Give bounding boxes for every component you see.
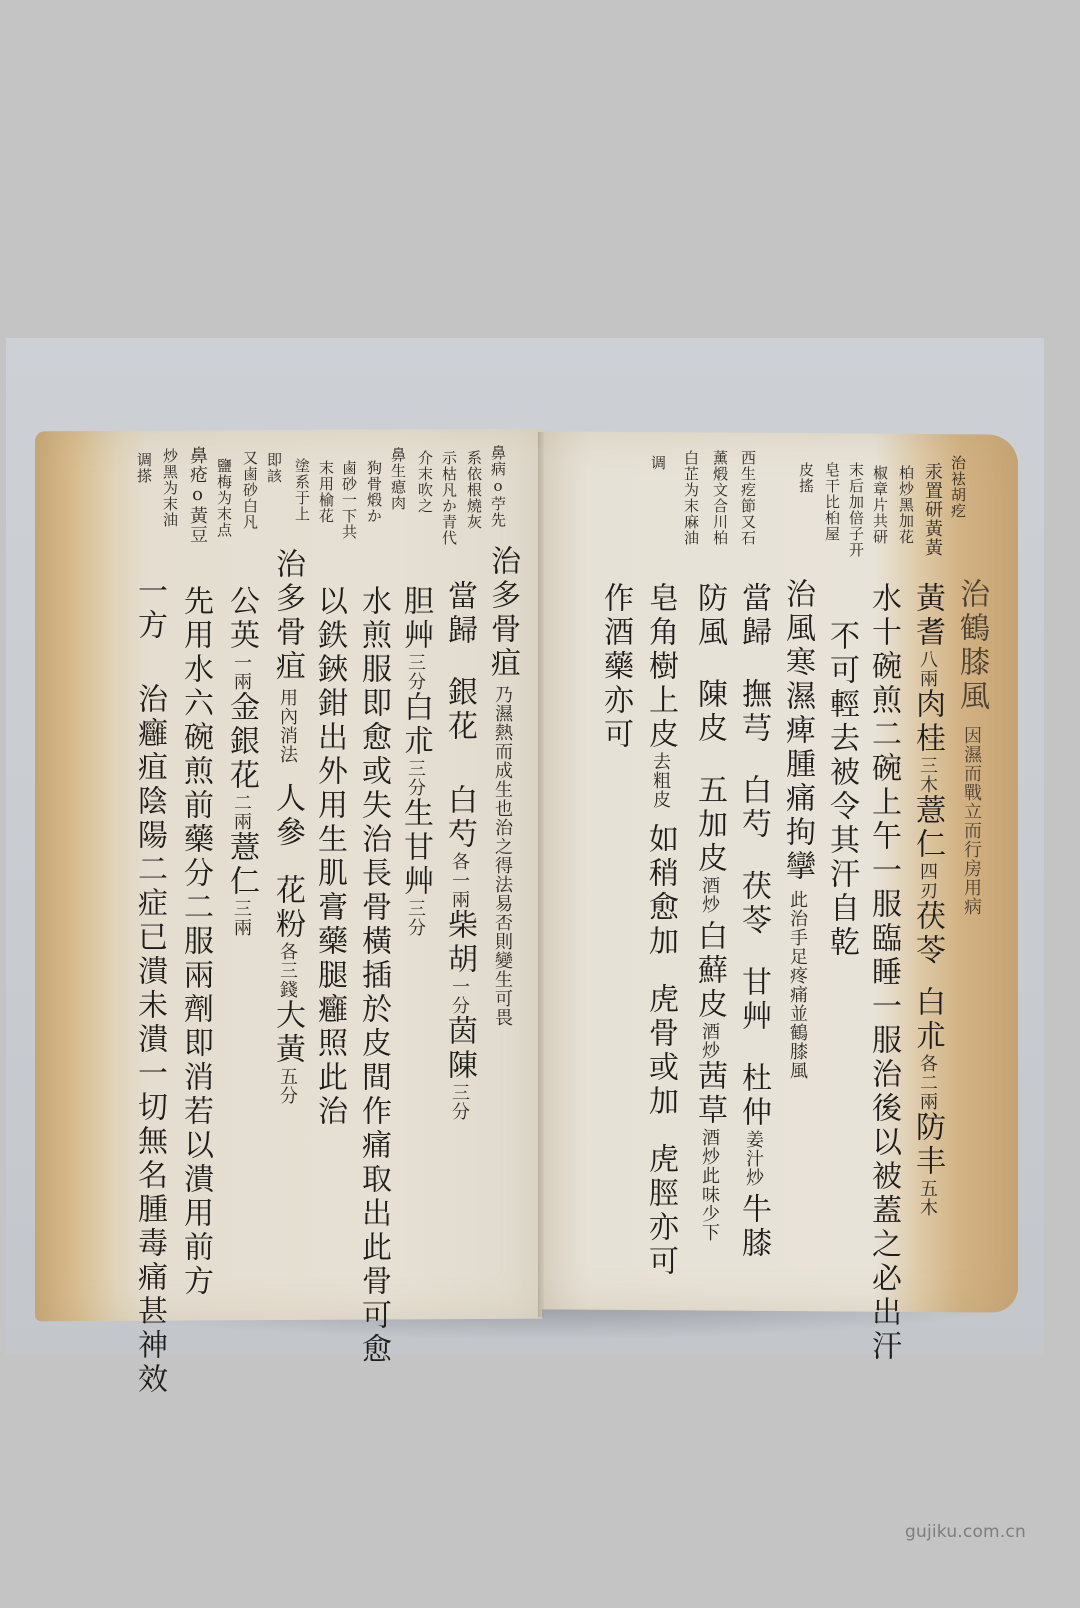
heading-note: 用內消法 bbox=[277, 688, 298, 764]
heading: 治多骨疽 bbox=[270, 548, 305, 684]
text-column: 以鉄鋏鉗出外用生肌膏藥腿癰照此治 bbox=[314, 585, 344, 1129]
dose: 三分 bbox=[405, 759, 426, 797]
herb: 杜仲 bbox=[736, 1062, 771, 1130]
herb: 五加皮 bbox=[692, 774, 727, 876]
dose: 二兩 bbox=[231, 793, 252, 831]
herb: 當歸 bbox=[736, 582, 771, 650]
annotation: 调 bbox=[650, 455, 665, 471]
dose: 酒炒 bbox=[699, 876, 720, 914]
herb: 甘艸 bbox=[736, 966, 771, 1034]
herb: 生甘艸 bbox=[398, 797, 433, 899]
herb: 薏仁 bbox=[910, 794, 945, 862]
annotation: 鼻疮o黃豆 bbox=[188, 446, 206, 544]
herb: 大黃 bbox=[270, 999, 305, 1067]
dose: 酒炒 bbox=[699, 1022, 720, 1060]
annotation: 鹽梅为末点 bbox=[216, 458, 231, 538]
herb: 茜草 bbox=[692, 1060, 727, 1128]
heading: 治風寒濕痺腫痛拘攣 bbox=[780, 578, 815, 884]
annotation: 椒章片共研 bbox=[872, 465, 887, 545]
heading: 治多骨疽 bbox=[485, 545, 520, 681]
annotation: 示枯凡か青代 bbox=[441, 450, 456, 546]
herb: 防風 bbox=[692, 582, 727, 650]
annotation: 治袪胡疙 bbox=[950, 455, 965, 519]
heading: 治癰疽陰陽二症已潰未潰一切無名腫毒痛甚神效 bbox=[132, 683, 167, 1397]
herb: 皂角樹上皮 bbox=[643, 582, 678, 752]
dose: 各二兩 bbox=[917, 1054, 938, 1111]
text-column: 作酒藥亦可 bbox=[600, 582, 630, 752]
herb: 公英 bbox=[224, 585, 259, 653]
phrase: 虎脛亦可 bbox=[643, 1143, 678, 1279]
dose: 三兩 bbox=[231, 899, 252, 937]
annotation: 白芷为末麻油 bbox=[683, 450, 698, 546]
text-column: 水十碗煎二碗上午一服臨睡一服治後以被蓋之必出汗 bbox=[868, 582, 898, 1364]
herb: 陳皮 bbox=[692, 678, 727, 746]
annotation: 狗骨煅か bbox=[366, 460, 381, 524]
annotation: 塗系于上 bbox=[294, 458, 309, 522]
herb: 撫芎 bbox=[736, 678, 771, 746]
text-column: 先用水六碗煎前藥分二服兩劑即消若以潰用前方 bbox=[180, 585, 210, 1299]
herb: 茯苓 bbox=[910, 900, 945, 968]
herb: 肉桂 bbox=[910, 688, 945, 756]
annotation: 柏炒黑加花 bbox=[898, 465, 913, 545]
dose: 姜汁炒 bbox=[743, 1130, 764, 1187]
dose: 一兩 bbox=[231, 653, 252, 691]
text-column: 胆艸三分白朮三分生甘艸三分 bbox=[400, 585, 430, 937]
annotation: 皮搖 bbox=[798, 462, 813, 494]
heading-note: 乃濕熱而成生也治之得法易否則變生可畏 bbox=[492, 685, 513, 1027]
heading: 治鶴膝風 bbox=[954, 578, 989, 714]
heading-note: 此治手足疼痛並鶴膝風 bbox=[787, 890, 808, 1080]
dose: 三分 bbox=[405, 653, 426, 691]
herb: 銀花 bbox=[442, 676, 477, 744]
dose: 五木 bbox=[917, 1179, 938, 1217]
herb: 牛膝 bbox=[736, 1193, 771, 1261]
herb: 人參 bbox=[270, 782, 305, 850]
annotation: 皂干比桕屋 bbox=[824, 462, 839, 542]
herb: 金銀花 bbox=[224, 691, 259, 793]
dose: 三分 bbox=[405, 899, 426, 937]
text-column: 不可輕去被令其汗自乾 bbox=[826, 620, 856, 960]
herb: 白朮 bbox=[910, 986, 945, 1054]
annotation: 西生疙節又石 bbox=[740, 450, 755, 546]
phrase: 如稍愈加 bbox=[643, 823, 678, 959]
herb: 花粉 bbox=[270, 874, 305, 942]
annotation: 鼻生瘜肉 bbox=[390, 447, 405, 511]
text-column: 水煎服即愈或失治長骨橫插於皮間作痛取出此骨可愈 bbox=[358, 585, 388, 1367]
text-column: 治多骨疽乃濕熱而成生也治之得法易否則變生可畏 bbox=[487, 545, 517, 1027]
annotation: 炒黑为末油 bbox=[162, 448, 177, 528]
text-column: 治鶴膝風因濕而戰立而行房用病 bbox=[956, 578, 986, 916]
annotation: 又鹵砂白凡 bbox=[242, 450, 257, 530]
annotation: 汞置研黃黃 bbox=[923, 462, 941, 557]
text-column: 當歸撫芎白芍茯苓甘艸杜仲姜汁炒牛膝 bbox=[738, 582, 768, 1261]
site-watermark: gujiku.com.cn bbox=[905, 1522, 1026, 1542]
text-column: 黃耆八兩肉桂三木薏仁四刃茯苓白朮各二兩防丰五木 bbox=[912, 582, 942, 1217]
herb: 茯苓 bbox=[736, 870, 771, 938]
annotation: 调搽 bbox=[136, 452, 151, 484]
herb: 薏仁 bbox=[224, 831, 259, 899]
dose: 各三錢 bbox=[277, 942, 298, 999]
text-column: 當歸銀花白芍各一兩柴胡一分茵陳三分 bbox=[444, 580, 474, 1121]
heading-note: 因濕而戰立而行房用病 bbox=[961, 726, 982, 916]
annotation: 鼻病o苧先 bbox=[490, 445, 505, 528]
annotation: 薰煅文合川柏 bbox=[712, 450, 727, 546]
dose: 酒炒此味少下 bbox=[699, 1128, 720, 1242]
phrase: 虎骨或加 bbox=[643, 983, 678, 1119]
annotation: 鹵砂一下共 bbox=[341, 460, 356, 540]
dose: 各一兩 bbox=[449, 852, 470, 909]
herb: 防丰 bbox=[910, 1111, 945, 1179]
text-column: 防風陳皮五加皮酒炒白蘚皮酒炒茜草酒炒此味少下 bbox=[694, 582, 724, 1242]
herb: 白芍 bbox=[442, 784, 477, 852]
text-column: 治多骨疽用內消法人參花粉各三錢大黃五分 bbox=[272, 548, 302, 1105]
dose: 一分 bbox=[449, 977, 470, 1015]
herb: 黃耆 bbox=[910, 582, 945, 650]
herb: 白芍 bbox=[736, 774, 771, 842]
dose: 去粗皮 bbox=[650, 752, 671, 809]
text-column: 公英一兩金銀花二兩薏仁三兩 bbox=[226, 585, 256, 937]
dose: 五分 bbox=[277, 1067, 298, 1105]
book-spine bbox=[538, 432, 544, 1317]
text-column: 治風寒濕痺腫痛拘攣此治手足疼痛並鶴膝風 bbox=[782, 578, 812, 1080]
herb: 當歸 bbox=[442, 580, 477, 648]
herb: 柴胡 bbox=[442, 909, 477, 977]
annotation: 系依根燒灰 bbox=[466, 450, 481, 530]
text-column: 一方治癰疽陰陽二症已潰未潰一切無名腫毒痛甚神效 bbox=[134, 575, 164, 1397]
annotation: 末后加倍子开 bbox=[848, 462, 863, 558]
herb: 白蘚皮 bbox=[692, 920, 727, 1022]
text-column: 皂角樹上皮去粗皮如稍愈加虎骨或加虎脛亦可 bbox=[645, 582, 675, 1279]
phrase: 一方 bbox=[132, 575, 167, 643]
dose: 三木 bbox=[917, 756, 938, 794]
herb: 白朮 bbox=[398, 691, 433, 759]
annotation: 即該 bbox=[266, 452, 281, 484]
herb: 胆艸 bbox=[398, 585, 433, 653]
annotation: 介末吹之 bbox=[417, 450, 432, 514]
herb: 茵陳 bbox=[442, 1015, 477, 1083]
dose: 四刃 bbox=[917, 862, 938, 900]
dose: 八兩 bbox=[917, 650, 938, 688]
annotation: 末用榆花 bbox=[318, 460, 333, 524]
dose: 三分 bbox=[449, 1083, 470, 1121]
